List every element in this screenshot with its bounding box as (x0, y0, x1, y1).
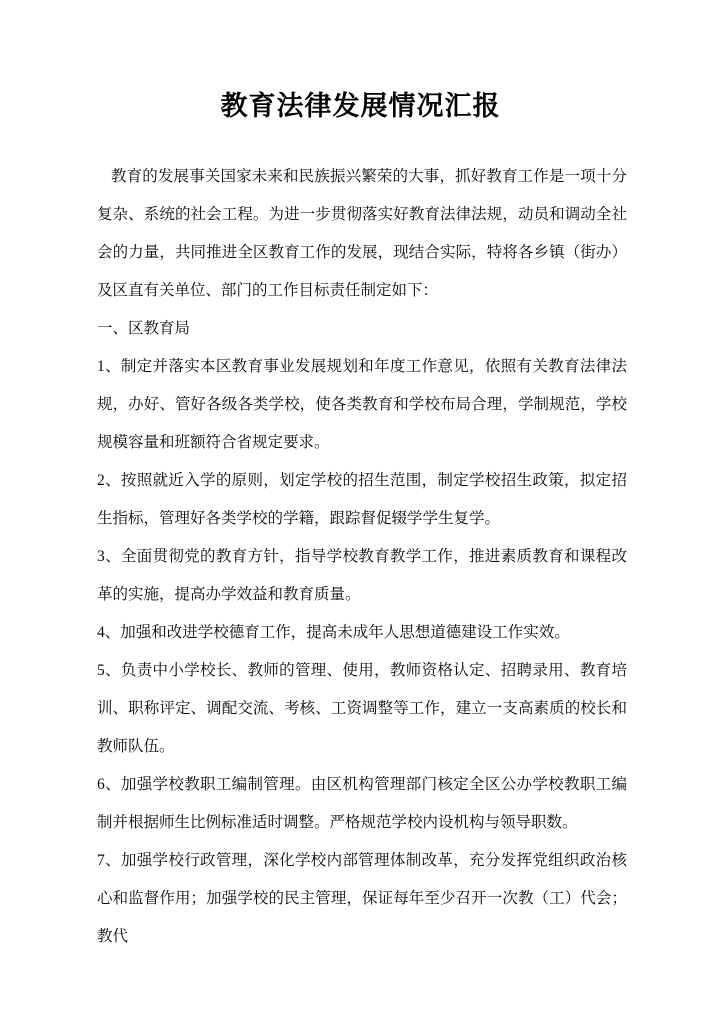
section-heading: 一、区教育局 (97, 310, 627, 348)
list-item-2: 2、按照就近入学的原则，划定学校的招生范围，制定学校招生政策，拟定招生指标，管理… (97, 462, 627, 538)
list-item-7: 7、加强学校行政管理，深化学校内部管理体制改革，充分发挥党组织政治核心和监督作用… (97, 842, 627, 956)
list-item-6: 6、加强学校教职工编制管理。由区机构管理部门核定全区公办学校教职工编制并根据师生… (97, 766, 627, 842)
list-item-3: 3、全面贯彻党的教育方针，指导学校教育教学工作，推进素质教育和课程改革的实施，提… (97, 538, 627, 614)
intro-paragraph: 教育的发展事关国家未来和民族振兴繁荣的大事，抓好教育工作是一项十分复杂、系统的社… (97, 158, 627, 310)
document-title: 教育法律发展情况汇报 (0, 84, 721, 123)
list-item-1: 1、制定并落实本区教育事业发展规划和年度工作意见，依照有关教育法律法规，办好、管… (97, 348, 627, 462)
document-page: 教育法律发展情况汇报 教育的发展事关国家未来和民族振兴繁荣的大事，抓好教育工作是… (0, 0, 721, 1020)
list-item-4: 4、加强和改进学校德育工作，提高未成年人思想道德建设工作实效。 (97, 614, 627, 652)
list-item-5: 5、负责中小学校长、教师的管理、使用，教师资格认定、招聘录用、教育培训、职称评定… (97, 652, 627, 766)
document-body: 教育的发展事关国家未来和民族振兴繁荣的大事，抓好教育工作是一项十分复杂、系统的社… (97, 158, 627, 956)
